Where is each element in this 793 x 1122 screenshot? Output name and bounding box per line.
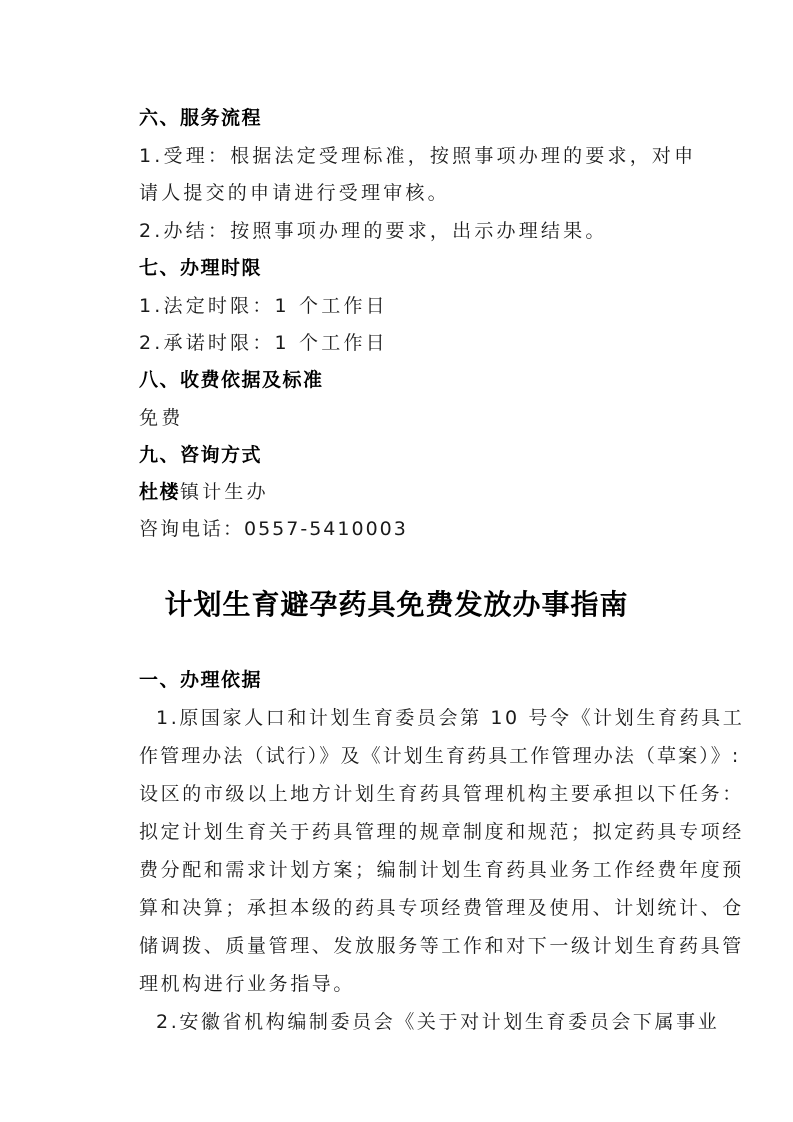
section-seven-heading: 七、办理时限 [139, 256, 262, 280]
office-town-name: 杜楼 [139, 481, 180, 503]
guide-paragraph-line: 拟定计划生育关于药具管理的规章制度和规范；拟定药具专项经 [139, 820, 744, 844]
section-six-heading: 六、服务流程 [139, 106, 262, 130]
section-six-item: 2.办结：按照事项办理的要求，出示办理结果。 [139, 219, 608, 243]
document-page: 六、服务流程 1.受理：根据法定受理标准，按照事项办理的要求，对申 请人提交的申… [0, 0, 793, 1122]
guide-paragraph-line: 2.安徽省机构编制委员会《关于对计划生育委员会下属事业 [156, 1010, 719, 1034]
section-six-item: 请人提交的申请进行受理审核。 [139, 181, 450, 205]
section-eight-item: 免费 [139, 406, 183, 430]
guide-paragraph-line: 算和决算；承担本级的药具专项经费管理及使用、计划统计、仓 [139, 896, 744, 920]
guide-title: 计划生育避孕药具免费发放办事指南 [0, 583, 793, 623]
section-seven-item: 2.承诺时限：1 个工作日 [139, 331, 388, 355]
section-eight-heading: 八、收费依据及标准 [139, 368, 324, 392]
consult-phone: 咨询电话：0557-5410003 [139, 517, 408, 541]
guide-paragraph-line: 作管理办法（试行）》及《计划生育药具工作管理办法（草案）》: [139, 744, 740, 768]
guide-paragraph-line: 理机构进行业务指导。 [139, 972, 355, 996]
office-name-rest: 镇计生办 [180, 481, 269, 503]
guide-section-one-heading: 一、办理依据 [139, 668, 262, 692]
guide-paragraph-line: 设区的市级以上地方计划生育药具管理机构主要承担以下任务： [139, 782, 744, 806]
guide-paragraph-line: 储调拨、质量管理、发放服务等工作和对下一级计划生育药具管 [139, 934, 744, 958]
consult-office: 杜楼镇计生办 [139, 480, 269, 504]
section-six-item: 1.受理：根据法定受理标准，按照事项办理的要求，对申 [139, 144, 696, 168]
section-nine-heading: 九、咨询方式 [139, 443, 262, 467]
guide-paragraph-line: 费分配和需求计划方案；编制计划生育药具业务工作经费年度预 [139, 858, 744, 882]
section-seven-item: 1.法定时限：1 个工作日 [139, 294, 388, 318]
guide-paragraph-line: 1.原国家人口和计划生育委员会第 10 号令《计划生育药具工 [156, 706, 744, 730]
